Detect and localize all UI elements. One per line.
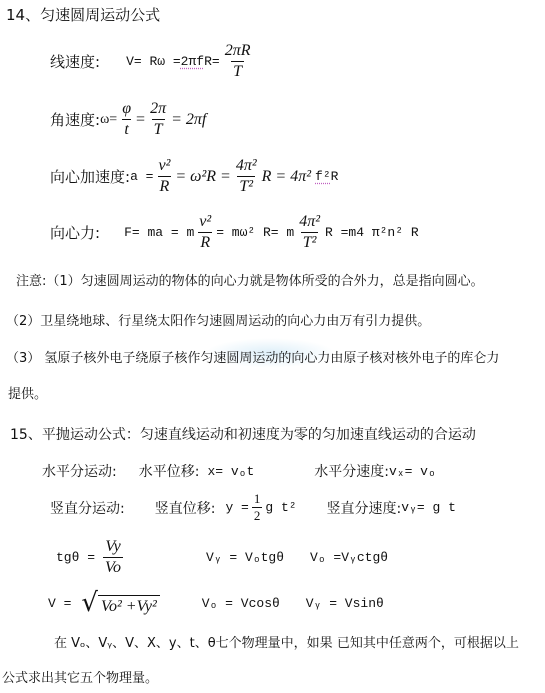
angular-velocity-formula: 角速度: ω= φ t = 2π T = 2πf: [50, 100, 206, 139]
conclusion-line-1: 在 Vₒ、Vᵧ、V、X、y、t、θ七个物理量中，如果 已知其中任意两个，可根据以…: [54, 632, 519, 651]
square-root: √ Vo² +Vy²: [81, 590, 159, 616]
conclusion-line-2: 公式求出其它五个物理量。: [2, 667, 158, 686]
fraction: 1 2: [252, 492, 263, 523]
linear-velocity-formula: 线速度: V= Rω = 2πf R= 2πR T: [50, 42, 255, 81]
fraction: 2πR T: [223, 42, 253, 81]
fraction: v² R: [197, 213, 213, 252]
section-14-title: 14、匀速圆周运动公式: [6, 4, 160, 25]
fraction: Vy Vo: [103, 538, 123, 577]
radical-icon: √: [81, 590, 98, 616]
tangent-row: tgθ = Vy Vo Vᵧ = Vₒtgθ Vₒ =Vᵧctgθ: [56, 538, 388, 577]
note-3-continued: 提供。: [8, 383, 47, 402]
horizontal-motion-row: 水平分运动: 水平位移: x= vₒt 水平分速度: vₓ= vₒ: [42, 461, 436, 481]
fraction: 2π T: [148, 100, 168, 139]
fraction: φ t: [120, 100, 133, 139]
fraction: v² R: [156, 157, 172, 196]
centripetal-force-formula: 向心力: F= ma = m v² R = mω² R= m 4π² T² R …: [50, 213, 419, 252]
speed-row: V = √ Vo² +Vy² Vₒ = Vcosθ Vᵧ = Vsinθ: [48, 590, 384, 616]
note-3: （3） 氢原子核外电子绕原子核作匀速圆周运动的向心力由原子核对核外电子的库仑力: [6, 347, 499, 366]
fraction: 4π² T²: [234, 157, 259, 196]
centripetal-acceleration-formula: 向心加速度: a = v² R = ω²R = 4π² T² R = 4π² f…: [50, 157, 338, 196]
vertical-motion-row: 竖直分运动: 竖直位移: y = 1 2 g t² 竖直分速度: vᵧ= g t: [50, 492, 456, 523]
fraction: 4π² T²: [297, 213, 322, 252]
section-15-title: 15、平抛运动公式：匀速直线运动和初速度为零的匀加速直线运动的合运动: [10, 424, 476, 444]
note-2: （2）卫星绕地球、行星绕太阳作匀速圆周运动的向心力由万有引力提供。: [6, 310, 430, 329]
note-1: 注意:（1）匀速圆周运动的物体的向心力就是物体所受的合外力，总是指向圆心。: [16, 270, 484, 289]
